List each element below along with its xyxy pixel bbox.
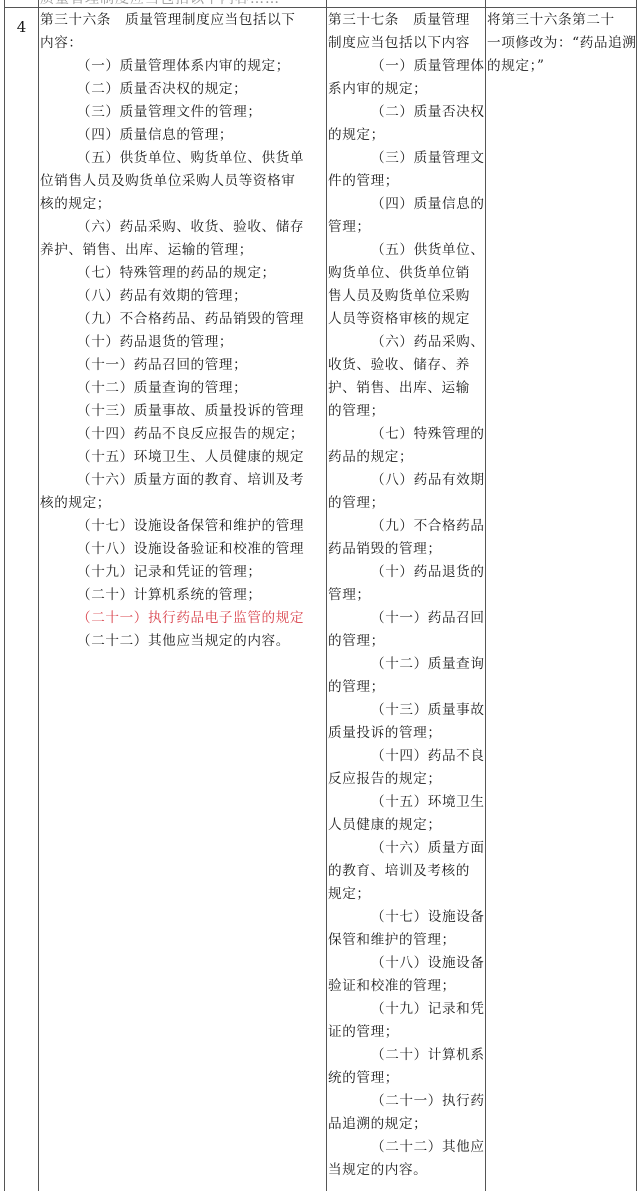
text-line: 品追溯的规定； — [328, 1113, 485, 1136]
text-line: 当规定的内容。 — [328, 1159, 485, 1182]
text-line: （三）质量管理文件的管理； — [40, 101, 326, 124]
text-line: （九）不合格药品 — [328, 515, 485, 538]
text-line: （十九）记录和凭 — [328, 998, 485, 1021]
row-number: 4 — [5, 18, 38, 36]
text-line: （十三）质量事故、质量投诉的管理 — [40, 400, 326, 423]
text-line: （四）质量信息的 — [328, 193, 485, 216]
text-line: 的规定； — [328, 124, 485, 147]
old-new-column-divider — [326, 0, 327, 1191]
text-line: 的管理； — [328, 630, 485, 653]
text-line: （十七）设施设备 — [328, 906, 485, 929]
text-line: 的管理； — [328, 400, 485, 423]
original-text-cell: 第三十六条 质量管理制度应当包括以下内容：（一）质量管理体系内审的规定；（二）质… — [40, 9, 326, 653]
text-line: （六）药品采购、 — [328, 331, 485, 354]
text-line: （六）药品采购、收货、验收、储存 — [40, 216, 326, 239]
text-line: （十四）药品不良 — [328, 745, 485, 768]
text-line: （十五）环境卫生 — [328, 791, 485, 814]
new-note-column-divider — [485, 0, 486, 1191]
text-line: 验证和校准的管理； — [328, 975, 485, 998]
text-line: 内容： — [40, 32, 326, 55]
text-line: （二）质量否决权的规定； — [40, 78, 326, 101]
text-line: （十六）质量方面 — [328, 837, 485, 860]
text-line: （一）质量管理体 — [328, 55, 485, 78]
text-line: （八）药品有效期 — [328, 469, 485, 492]
regulation-comparison-table: 质量管理制度应当包括以下内容…… 4 第三十六条 质量管理制度应当包括以下内容：… — [0, 0, 640, 1191]
text-line: 药品的规定； — [328, 446, 485, 469]
text-line: 药品销毁的管理； — [328, 538, 485, 561]
text-line: 质量投诉的管理； — [328, 722, 485, 745]
text-line: （十二）质量查询 — [328, 653, 485, 676]
text-line: 的管理； — [328, 676, 485, 699]
text-line: （二十二）其他应 — [328, 1136, 485, 1159]
text-line: 制度应当包括以下内容 — [328, 32, 485, 55]
text-line: （七）特殊管理的 — [328, 423, 485, 446]
text-line: （十）药品退货的 — [328, 561, 485, 584]
text-line: （一）质量管理体系内审的规定； — [40, 55, 326, 78]
text-line: （十八）设施设备 — [328, 952, 485, 975]
text-line: 购货单位、供货单位销 — [328, 262, 485, 285]
table-right-border — [636, 0, 637, 1191]
text-line: （九）不合格药品、药品销毁的管理 — [40, 308, 326, 331]
text-line: （二十二）其他应当规定的内容。 — [40, 630, 326, 653]
text-line: （十八）设施设备验证和校准的管理 — [40, 538, 326, 561]
text-line: （五）供货单位、购货单位、供货单 — [40, 147, 326, 170]
text-line: 件的管理； — [328, 170, 485, 193]
text-line: 统的管理； — [328, 1067, 485, 1090]
text-line: 系内审的规定； — [328, 78, 485, 101]
text-line: 养护、销售、出库、运输的管理； — [40, 239, 326, 262]
text-line: 核的规定； — [40, 193, 326, 216]
text-line: 将第三十六条第二十 — [487, 9, 637, 32]
text-line: 人员等资格审核的规定 — [328, 308, 485, 331]
text-line: （七）特殊管理的药品的规定； — [40, 262, 326, 285]
text-line: 反应报告的规定； — [328, 768, 485, 791]
text-line: 管理； — [328, 584, 485, 607]
text-line: 收货、验收、储存、养 — [328, 354, 485, 377]
text-line: （十五）环境卫生、人员健康的规定 — [40, 446, 326, 469]
text-line: 保管和维护的管理； — [328, 929, 485, 952]
highlighted-clause-line: （二十一）执行药品电子监管的规定 — [40, 607, 326, 630]
text-line: 的规定；” — [487, 55, 637, 78]
text-line: （十六）质量方面的教育、培训及考 — [40, 469, 326, 492]
text-line: 的教育、培训及考核的 — [328, 860, 485, 883]
text-line: 第三十七条 质量管理 — [328, 9, 485, 32]
text-line: 护、销售、出库、运输 — [328, 377, 485, 400]
revision-note-cell: 将第三十六条第二十一项修改为：“药品追溯的规定；” — [487, 9, 637, 78]
text-line: （十）药品退货的管理； — [40, 331, 326, 354]
text-line: 规定； — [328, 883, 485, 906]
text-line: （十四）药品不良反应报告的规定； — [40, 423, 326, 446]
text-line: （十九）记录和凭证的管理； — [40, 561, 326, 584]
text-line: （二十）计算机系统的管理； — [40, 584, 326, 607]
text-line: 核的规定； — [40, 492, 326, 515]
text-line: （十二）质量查询的管理； — [40, 377, 326, 400]
text-line: 的管理； — [328, 492, 485, 515]
text-line: （五）供货单位、 — [328, 239, 485, 262]
revised-text-cell: 第三十七条 质量管理制度应当包括以下内容（一）质量管理体系内审的规定；（二）质量… — [328, 9, 485, 1182]
text-line: （四）质量信息的管理； — [40, 124, 326, 147]
text-line: 管理； — [328, 216, 485, 239]
text-line: （十一）药品召回的管理； — [40, 354, 326, 377]
text-line: （十一）药品召回 — [328, 607, 485, 630]
number-column-divider — [38, 0, 39, 1191]
text-line: （八）药品有效期的管理； — [40, 285, 326, 308]
table-left-border — [4, 0, 5, 1191]
text-line: （二十一）执行药 — [328, 1090, 485, 1113]
text-line: （二十）计算机系 — [328, 1044, 485, 1067]
text-line: 售人员及购货单位采购 — [328, 285, 485, 308]
text-line: （十三）质量事故 — [328, 699, 485, 722]
text-line: 证的管理； — [328, 1021, 485, 1044]
text-line: （二）质量否决权 — [328, 101, 485, 124]
text-line: 第三十六条 质量管理制度应当包括以下 — [40, 9, 326, 32]
text-line: （三）质量管理文 — [328, 147, 485, 170]
text-line: 人员健康的规定； — [328, 814, 485, 837]
text-line: （十七）设施设备保管和维护的管理 — [40, 515, 326, 538]
text-line: 位销售人员及购货单位采购人员等资格审 — [40, 170, 326, 193]
previous-row-fragment: 质量管理制度应当包括以下内容…… — [40, 0, 280, 8]
text-line: 一项修改为：“药品追溯 — [487, 32, 637, 55]
